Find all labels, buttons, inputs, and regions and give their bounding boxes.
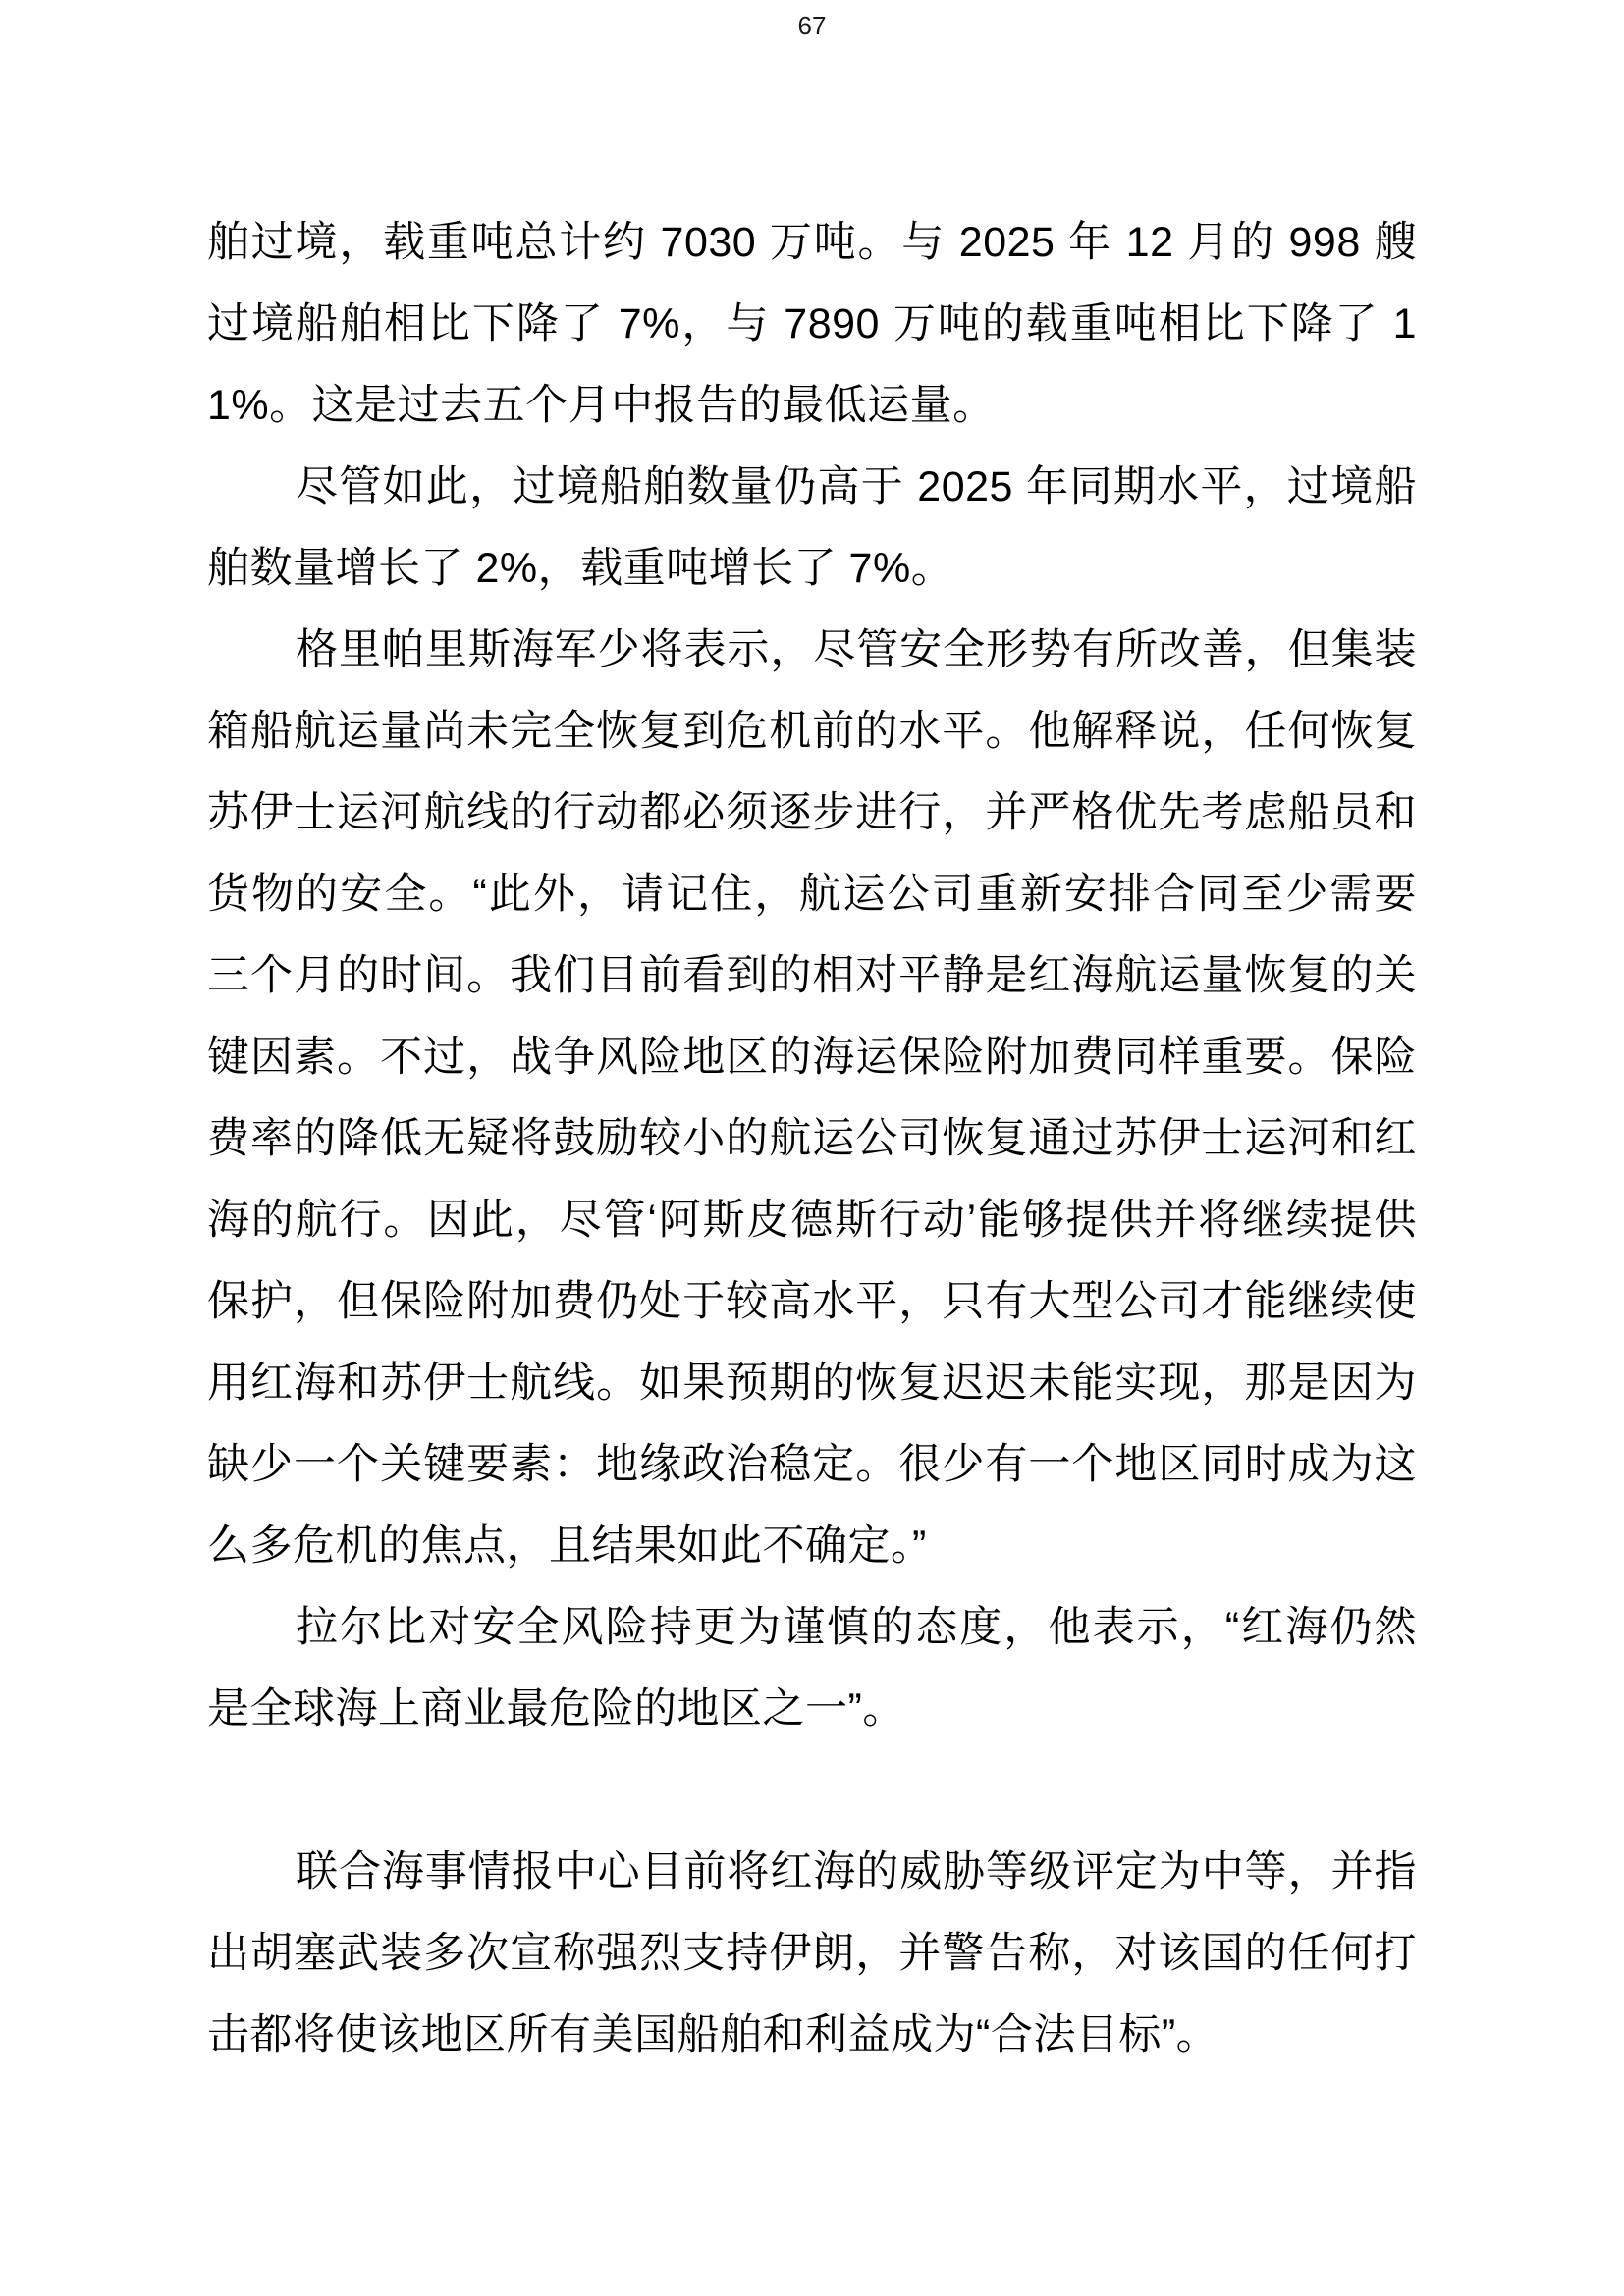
paragraph-5: 联合海事情报中心目前将红海的威胁等级评定为中等，并指出胡塞武装多次宣称强烈支持伊…: [207, 1832, 1417, 2076]
paragraph-2: 尽管如此，过境船舶数量仍高于 2025 年同期水平，过境船舶数量增长了 2%，载…: [207, 447, 1417, 610]
paragraph-3: 格里帕里斯海军少将表示，尽管安全形势有所改善，但集装箱船航运量尚未完全恢复到危机…: [207, 610, 1417, 1587]
paragraph-4: 拉尔比对安全风险持更为谨慎的态度，他表示，“红海仍然是全球海上商业最危险的地区之…: [207, 1587, 1417, 1750]
page-number: 67: [0, 0, 1624, 41]
paragraph-1: 舶过境，载重吨总计约 7030 万吨。与 2025 年 12 月的 998 艘过…: [207, 202, 1417, 447]
page-body-text: 舶过境，载重吨总计约 7030 万吨。与 2025 年 12 月的 998 艘过…: [207, 202, 1417, 2076]
document-page: 67 舶过境，载重吨总计约 7030 万吨。与 2025 年 12 月的 998…: [0, 0, 1624, 2296]
